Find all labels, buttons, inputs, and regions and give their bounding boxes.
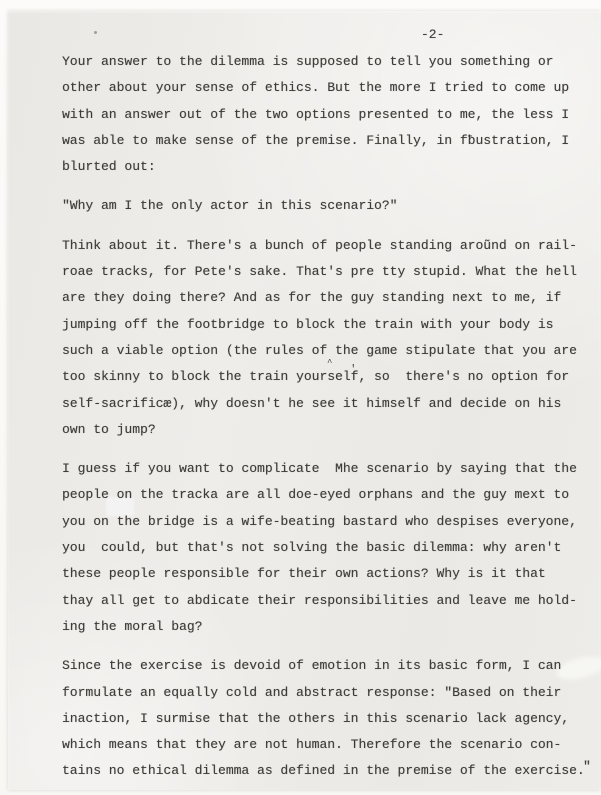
typed-line: you on the bridge is a wife-beating bast…: [62, 509, 597, 535]
typed-line: with an answer out of the two options pr…: [62, 102, 597, 128]
typed-line: other about your sense of ethics. But th…: [62, 75, 597, 101]
typed-line: jumping off the footbridge to block the …: [62, 312, 597, 338]
typed-line: formulate an equally cold and abstract r…: [62, 680, 597, 706]
typed-line: Think about it. There's a bunch of peopl…: [62, 233, 597, 259]
typed-line: ing the moral bag?: [62, 614, 597, 640]
typed-line: roae tracks, for Pete's sake. That's pre…: [62, 259, 597, 285]
typed-line: Your answer to the dilemma is supposed t…: [62, 49, 597, 75]
typed-line: I guess if you want to complicate Mhe sc…: [62, 456, 597, 482]
typed-line: "Why am I the only actor in this scenari…: [62, 193, 597, 219]
typed-line: Since the exercise is devoid of emotion …: [62, 653, 597, 679]
typed-line: these people responsible for their own a…: [62, 561, 597, 587]
typed-line: inaction, I surmise that the others in t…: [62, 706, 597, 732]
typed-line: which means that they are not human. The…: [62, 732, 597, 758]
typed-line: own to jump?: [62, 417, 597, 443]
typed-line: self-sacrificæ), why doesn't he see it h…: [62, 391, 597, 417]
paragraph: Your answer to the dilemma is supposed t…: [62, 49, 597, 180]
paragraph: Think about it. There's a bunch of peopl…: [62, 233, 597, 443]
typed-line: was able to make sense of the premise. F…: [62, 128, 597, 154]
typed-line: are they doing there? And as for the guy…: [62, 285, 597, 311]
stray-apostrophe-mark: ': [350, 364, 357, 376]
typed-line: blurted out:: [62, 154, 597, 180]
page-number: -2-: [421, 27, 444, 42]
typed-line: people on the tracka are all doe-eyed or…: [62, 482, 597, 508]
document-body: Your answer to the dilemma is supposed t…: [62, 49, 597, 795]
raised-closing-quote: ": [583, 759, 591, 774]
typed-line: thay all get to abdicate their responsib…: [62, 588, 597, 614]
paragraph: Since the exercise is devoid of emotion …: [62, 653, 597, 784]
paragraph: I guess if you want to complicate Mhe sc…: [62, 456, 597, 640]
typed-line: too skinny to block the train yourself, …: [62, 364, 597, 390]
insertion-caret-mark: ^: [327, 358, 332, 368]
paragraph: "Why am I the only actor in this scenari…: [62, 193, 597, 219]
typed-line: tains no ethical dilemma as defined in t…: [62, 758, 597, 784]
scan-backdrop: -2- Your answer to the dilemma is suppos…: [0, 0, 601, 795]
ink-speck: [94, 31, 97, 34]
typed-line: you could, but that's not solving the ba…: [62, 535, 597, 561]
